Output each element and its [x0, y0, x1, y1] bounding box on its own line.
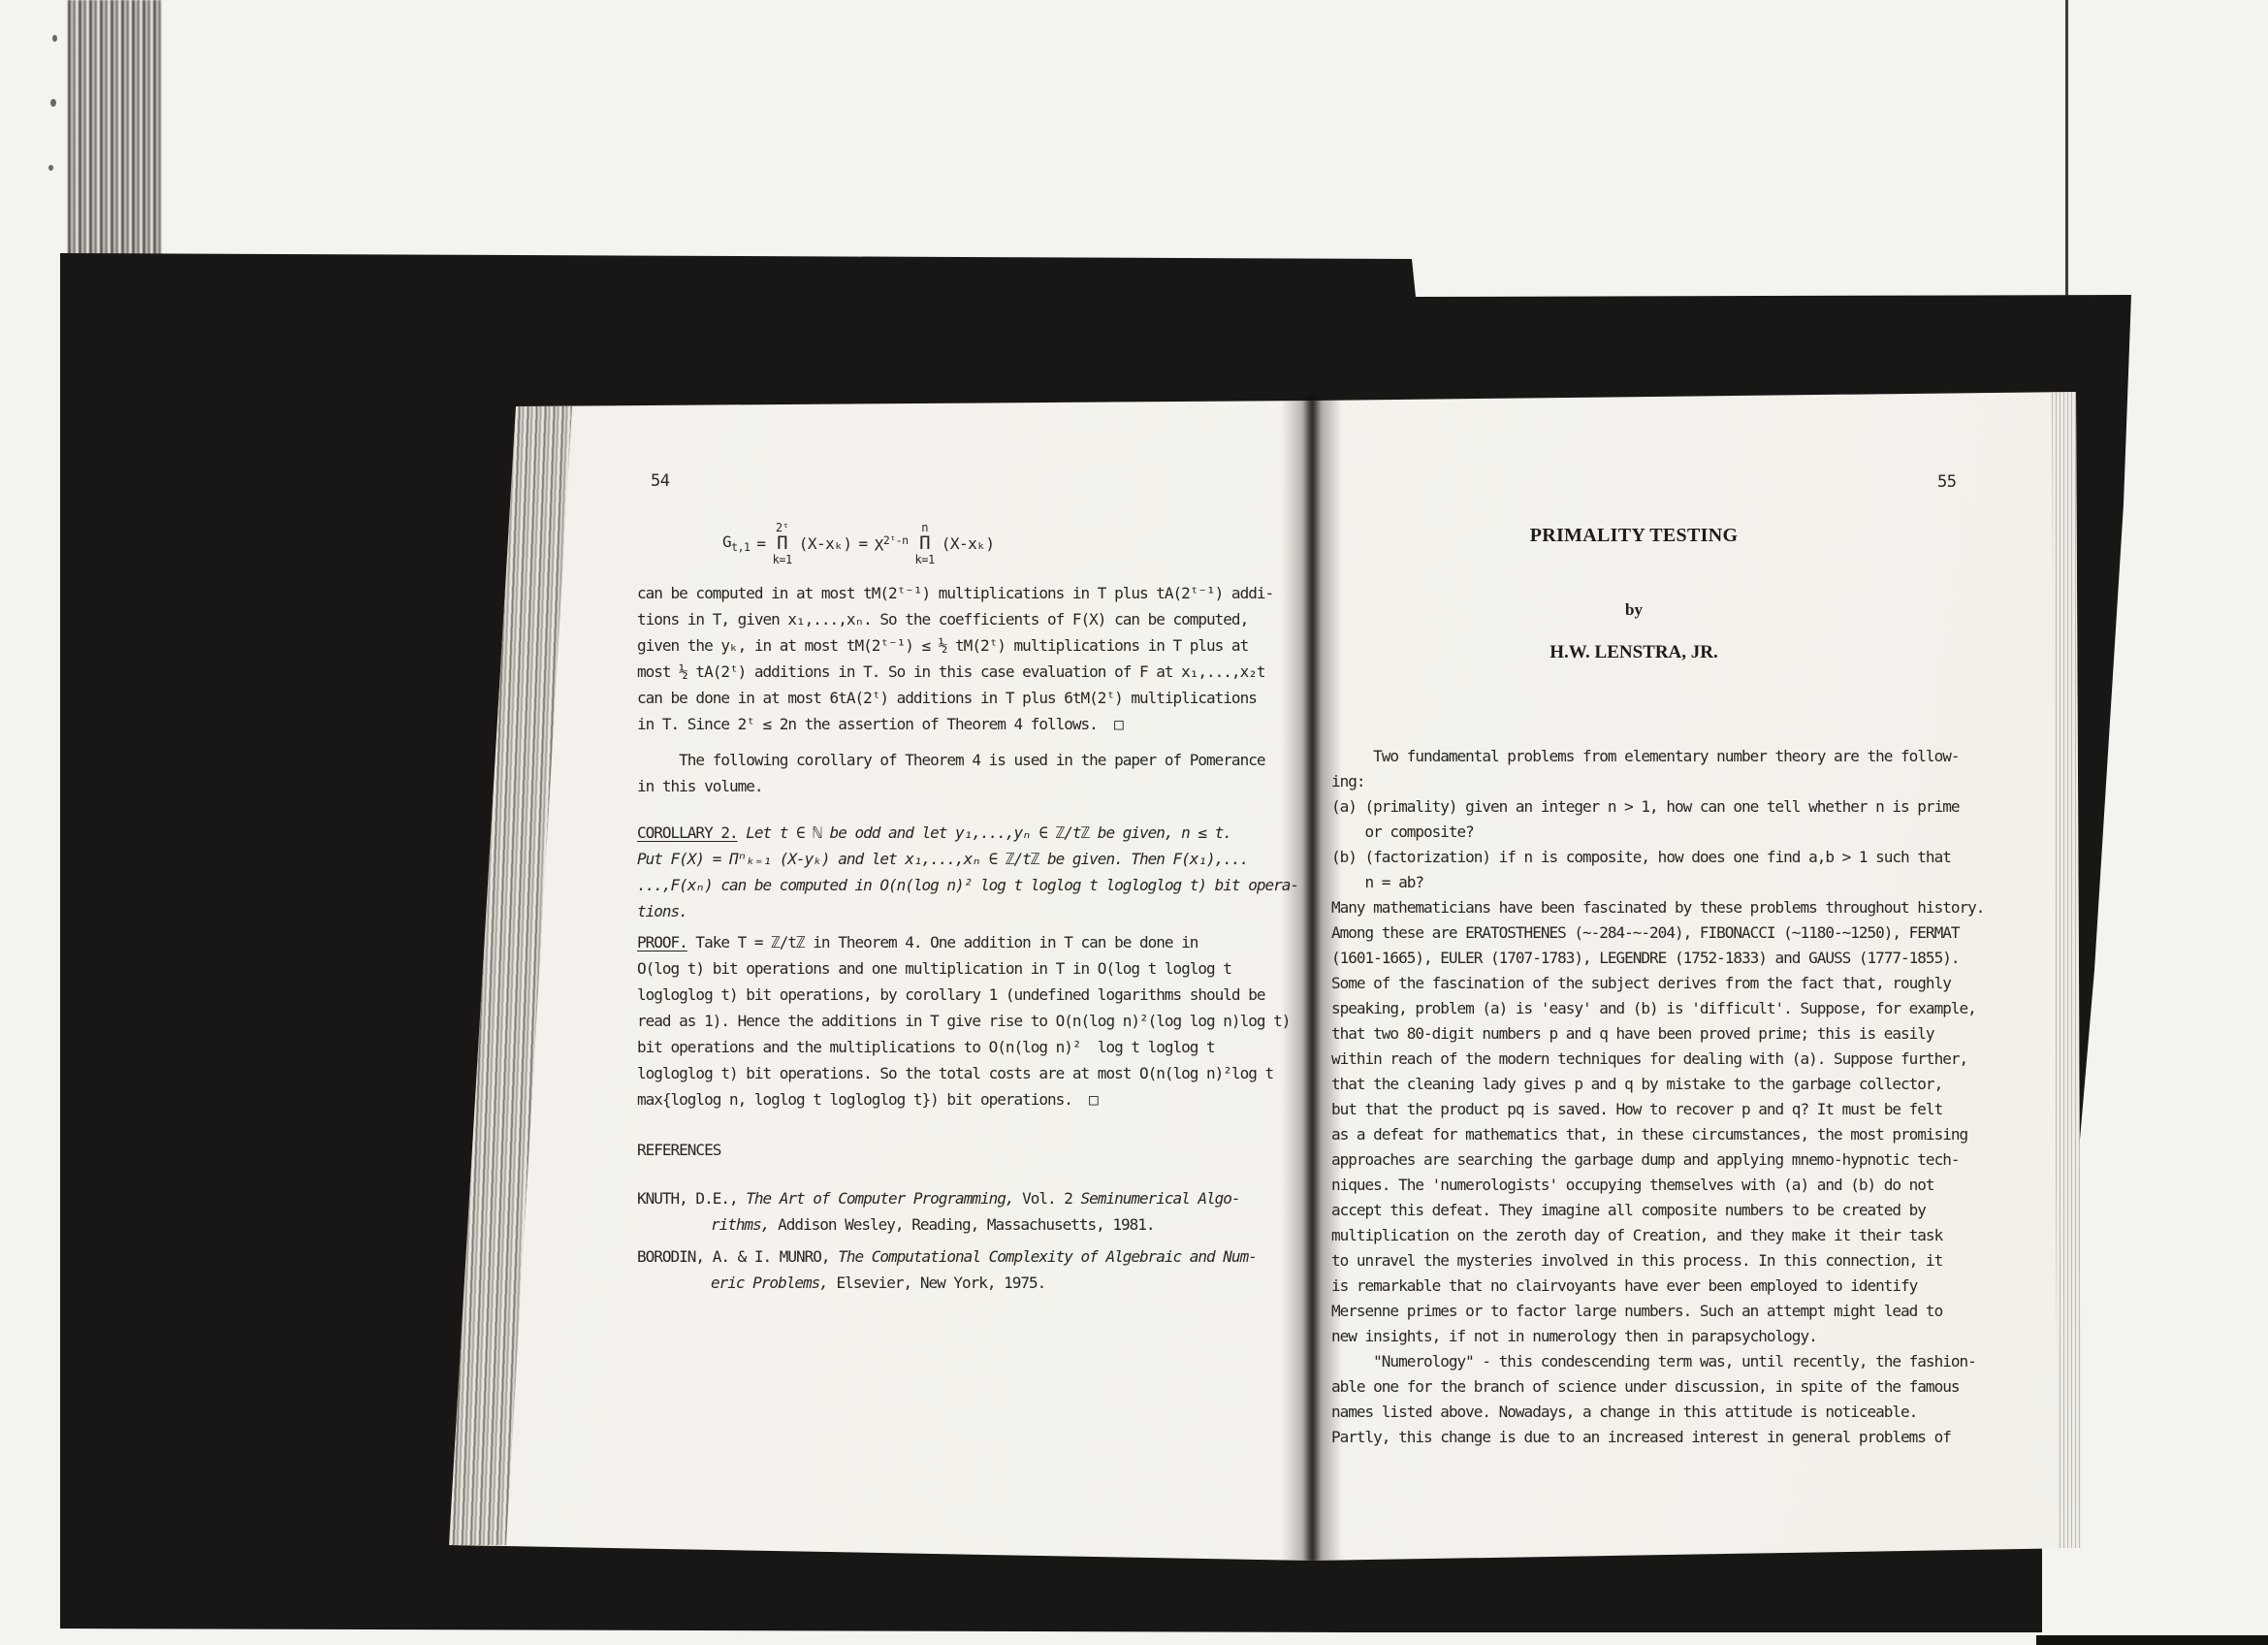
text-line: names listed above. Nowadays, a change i… [1331, 1403, 1984, 1428]
text-line: BORODIN, A. & I. MUNRO, The Computationa… [637, 1247, 1257, 1274]
text-line: but that the product pq is saved. How to… [1331, 1100, 1984, 1125]
text-line: as a defeat for mathematics that, in the… [1331, 1125, 1984, 1150]
scanned-book-spread: 54 Gt,1 = 2ᵗ Π k=1 (X-xₖ) = X2ᵗ-n n Π k=… [0, 0, 2268, 1645]
page-number-right: 55 [1937, 472, 1956, 492]
reference-authors: BORODIN, A. & I. MUNRO, [637, 1247, 838, 1266]
text-line: accept this defeat. They imagine all com… [1331, 1201, 1984, 1226]
text-line: logloglog t) bit operations, by corollar… [637, 985, 1290, 1012]
text-line: can be computed in at most tM(2ᵗ⁻¹) mult… [637, 584, 1273, 610]
formula-exponent: 2ᵗ-n [883, 533, 909, 547]
product-lower-limit: k=1 [773, 554, 792, 565]
text-line: is remarkable that no clairvoyants have … [1331, 1276, 1984, 1302]
text-line: to unravel the mysteries involved in thi… [1331, 1251, 1984, 1276]
pi-symbol: Π [919, 534, 930, 553]
product-operator: 2ᵗ Π k=1 [773, 522, 792, 565]
scan-speck [48, 165, 53, 171]
text-line: KNUTH, D.E., The Art of Computer Program… [637, 1189, 1240, 1215]
paragraph-corollary-intro: The following corollary of Theorem 4 is … [637, 751, 1264, 803]
text-line: tions in T, given x₁,...,xₙ. So the coef… [637, 610, 1273, 636]
text-line: tions. [637, 902, 1298, 928]
references-heading: REFERENCES [637, 1141, 720, 1159]
text-line: (a) (primality) given an integer n > 1, … [1331, 797, 1984, 822]
product-operator: n Π k=1 [915, 522, 935, 565]
scan-bottom-strip [2036, 1635, 2268, 1645]
byline: by [1331, 600, 1936, 620]
scan-speck [52, 35, 57, 42]
text-line: Some of the fascination of the subject d… [1331, 974, 1984, 999]
proof-paragraph: PROOF. Take T = ℤ/tℤ in Theorem 4. One a… [637, 933, 1290, 1116]
text-line: PROOF. Take T = ℤ/tℤ in Theorem 4. One a… [637, 933, 1290, 959]
reference-entry: BORODIN, A. & I. MUNRO, The Computationa… [637, 1247, 1257, 1300]
reference-title: The Computational Complexity of Algebrai… [838, 1247, 1257, 1266]
proof-heading: PROOF. [637, 933, 687, 952]
text-line: Partly, this change is due to an increas… [1331, 1428, 1984, 1453]
text-line: most ½ tA(2ᵗ) additions in T. So in this… [637, 662, 1273, 689]
scan-edge-line [2065, 0, 2068, 296]
text-line: approaches are searching the garbage dum… [1331, 1150, 1984, 1176]
text-line: bit operations and the multiplications t… [637, 1038, 1290, 1064]
text-line: can be done in at most 6tA(2ᵗ) additions… [637, 689, 1273, 715]
text-line: logloglog t) bit operations. So the tota… [637, 1064, 1290, 1090]
reference-title: The Art of Computer Programming, [746, 1189, 1013, 1208]
text-line: eric Problems, Elsevier, New York, 1975. [637, 1274, 1257, 1300]
equation-product-formula: Gt,1 = 2ᵗ Π k=1 (X-xₖ) = X2ᵗ-n n Π k=1 (… [722, 522, 995, 565]
scan-speck [50, 99, 56, 107]
reference-volume: Vol. 2 [1013, 1189, 1080, 1208]
text-line: O(log t) bit operations and one multipli… [637, 959, 1290, 985]
equals-sign: = [859, 534, 868, 553]
product-lower-limit: k=1 [915, 554, 935, 565]
chapter-body-text: Two fundamental problems from elementary… [1331, 747, 1984, 1453]
reference-publisher: Elsevier, New York, 1975. [828, 1274, 1045, 1292]
formula-lhs: Gt,1 [722, 532, 750, 554]
reference-entry: KNUTH, D.E., The Art of Computer Program… [637, 1189, 1240, 1242]
text-line: ing: [1331, 772, 1984, 797]
reference-title: Seminumerical Algo- [1081, 1189, 1240, 1208]
text-line: or composite? [1331, 822, 1984, 848]
text-line: within reach of the modern techniques fo… [1331, 1049, 1984, 1075]
equals-sign: = [756, 534, 765, 553]
corollary-heading: COROLLARY 2. [637, 823, 738, 842]
author-name: H.W. LENSTRA, JR. [1331, 642, 1936, 663]
text-line: multiplication on the zeroth day of Crea… [1331, 1226, 1984, 1251]
text-line: (1601-1665), EULER (1707-1783), LEGENDRE… [1331, 949, 1984, 974]
formula-term: (X-xₖ) [942, 534, 995, 553]
text-line: in this volume. [637, 777, 1264, 803]
reference-publisher: Addison Wesley, Reading, Massachusetts, … [769, 1215, 1154, 1234]
text-line: Among these are ERATOSTHENES (~-284-~-20… [1331, 923, 1984, 949]
text-line: ...,F(xₙ) can be computed in O(n(log n)²… [637, 876, 1298, 902]
text-line: Many mathematicians have been fascinated… [1331, 898, 1984, 923]
text-line: in T. Since 2ᵗ ≤ 2n the assertion of The… [637, 715, 1273, 741]
page-number-left: 54 [651, 471, 669, 491]
text-line: "Numerology" - this condescending term w… [1331, 1352, 1984, 1377]
paragraph-theorem4-proof: can be computed in at most tM(2ᵗ⁻¹) mult… [637, 584, 1273, 741]
scan-streak-artifact [68, 0, 161, 260]
proof-text: Take T = ℤ/tℤ in Theorem 4. One addition… [687, 933, 1198, 952]
formula-power-term: X2ᵗ-n [875, 533, 909, 554]
reference-authors: KNUTH, D.E., [637, 1189, 746, 1208]
text-line: COROLLARY 2. Let t ∈ ℕ be odd and let y₁… [637, 823, 1298, 850]
text-line: max{loglog n, loglog t logloglog t}) bit… [637, 1090, 1290, 1116]
pi-symbol: Π [777, 534, 787, 553]
text-line: (b) (factorization) if n is composite, h… [1331, 848, 1984, 873]
text-line: n = ab? [1331, 873, 1984, 898]
text-line: niques. The 'numerologists' occupying th… [1331, 1176, 1984, 1201]
reference-title: eric Problems, [711, 1274, 828, 1292]
text-line: rithms, Addison Wesley, Reading, Massach… [637, 1215, 1240, 1242]
text-line: The following corollary of Theorem 4 is … [637, 751, 1264, 777]
text-line: Mersenne primes or to factor large numbe… [1331, 1302, 1984, 1327]
corollary-2-statement: COROLLARY 2. Let t ∈ ℕ be odd and let y₁… [637, 823, 1298, 928]
text-line: able one for the branch of science under… [1331, 1377, 1984, 1403]
text-line: that the cleaning lady gives p and q by … [1331, 1075, 1984, 1100]
formula-term: (X-xₖ) [799, 534, 852, 553]
formula-lhs-subscript: t,1 [731, 541, 750, 555]
text-line: speaking, problem (a) is 'easy' and (b) … [1331, 999, 1984, 1024]
text-line: new insights, if not in numerology then … [1331, 1327, 1984, 1352]
corollary-text: Let t ∈ ℕ be odd and let y₁,...,yₙ ∈ ℤ/t… [738, 823, 1231, 842]
text-line: that two 80-digit numbers p and q have b… [1331, 1024, 1984, 1049]
reference-title: rithms, [711, 1215, 769, 1234]
text-line: given the yₖ, in at most tM(2ᵗ⁻¹) ≤ ½ tM… [637, 636, 1273, 662]
text-line: read as 1). Hence the additions in T giv… [637, 1012, 1290, 1038]
text-line: Two fundamental problems from elementary… [1331, 747, 1984, 772]
chapter-title: PRIMALITY TESTING [1331, 525, 1936, 547]
text-line: Put F(X) = Πⁿₖ₌₁ (X-yₖ) and let x₁,...,x… [637, 850, 1298, 876]
